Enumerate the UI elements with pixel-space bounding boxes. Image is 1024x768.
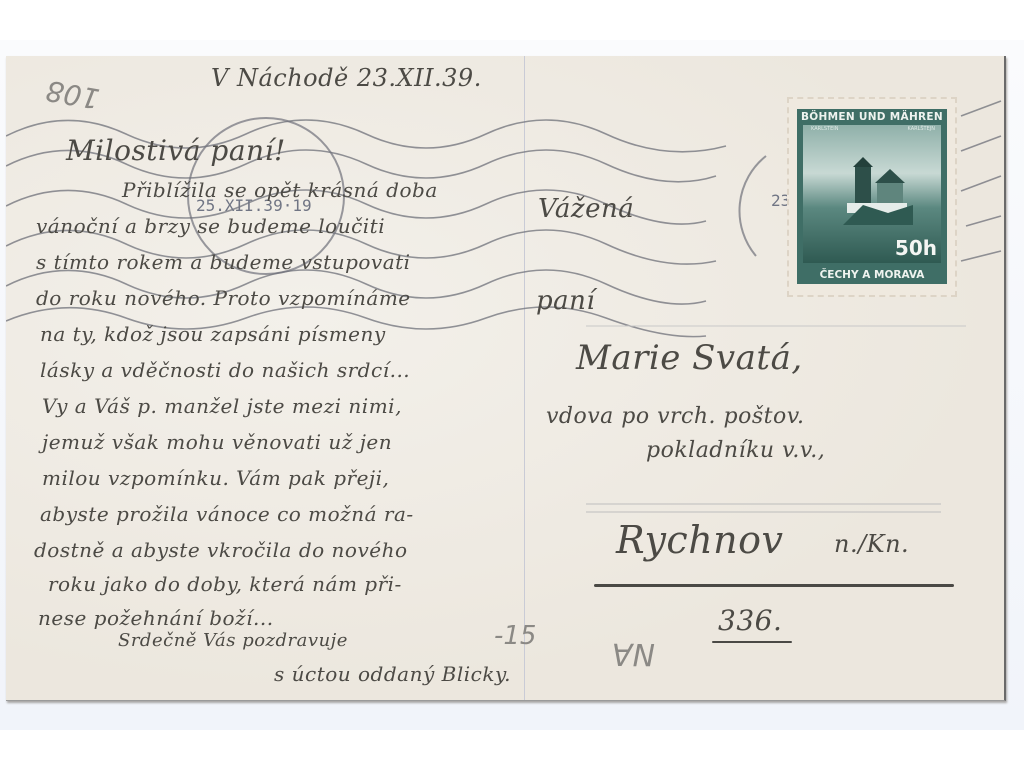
message-line: do roku nového. Proto vzpomínáme [36,286,411,310]
castle-icon [843,155,913,225]
stamp-sub-left: KARLSTEIN [811,126,838,132]
recipient-name: Marie Svatá, [576,338,803,378]
address-town: Rychnov [616,518,784,562]
message-line: Vy a Váš p. manžel jste mezi nimi, [42,394,402,418]
message-line: vánoční a brzy se budeme loučiti [36,214,385,238]
message-line: abyste prožila vánoce co možná ra- [40,502,414,526]
closing: Srdečně Vás pozdravuje [118,630,348,651]
message-line: roku jako do doby, která nám při- [48,572,402,596]
postcard: 25.XII.39·19 23.XII. 108 -15 NA V Náchod… [6,56,1006,701]
pencil-note-bottom-right: NA [612,636,655,671]
postage-stamp: BÖHMEN UND MÄHREN KARLSTEIN KARLŠTEJN 50… [787,97,957,297]
salutation-pani: paní [536,286,595,316]
message-line: jemuž však mohu věnovati už jen [42,430,392,454]
message-line: Přiblížila se opět krásná doba [122,178,438,202]
stamp-value: 50h [895,236,937,260]
dateline: V Náchodě 23.XII.39. [211,64,482,92]
address-line-1: vdova po vrch. poštov. [546,404,805,429]
message-line: s tímto rokem a budeme vstupovati [36,250,411,274]
message-line: milou vzpomínku. Vám pak přeji, [42,466,389,490]
pencil-note-bottom-middle: -15 [494,621,536,651]
signature: s úctou oddaný Blicky. [274,662,511,686]
house-number: 336. [718,604,782,637]
greeting: Milostivá paní! [66,134,286,167]
message-line: na ty, kdož jsou zapsáni písmeny [40,322,386,346]
number-underline [712,641,792,643]
message-line: dostně a abyste vkročila do nového [34,538,408,562]
address-line-2: pokladníku v.v., [646,438,825,463]
salutation-vazena: Vážená [538,194,634,224]
message-line: lásky a vděčnosti do našich srdcí... [40,358,410,382]
message-line: nese požehnání boží... [38,606,274,630]
stamp-top-text: BÖHMEN UND MÄHREN [797,111,947,123]
stamp-face: BÖHMEN UND MÄHREN KARLSTEIN KARLŠTEJN 50… [797,109,947,284]
town-underline [594,584,954,587]
stamp-sub-right: KARLŠTEJN [908,126,935,132]
address-town-suffix: n./Kn. [834,530,909,558]
stamp-bottom-text: ČECHY A MORAVA [797,269,947,281]
